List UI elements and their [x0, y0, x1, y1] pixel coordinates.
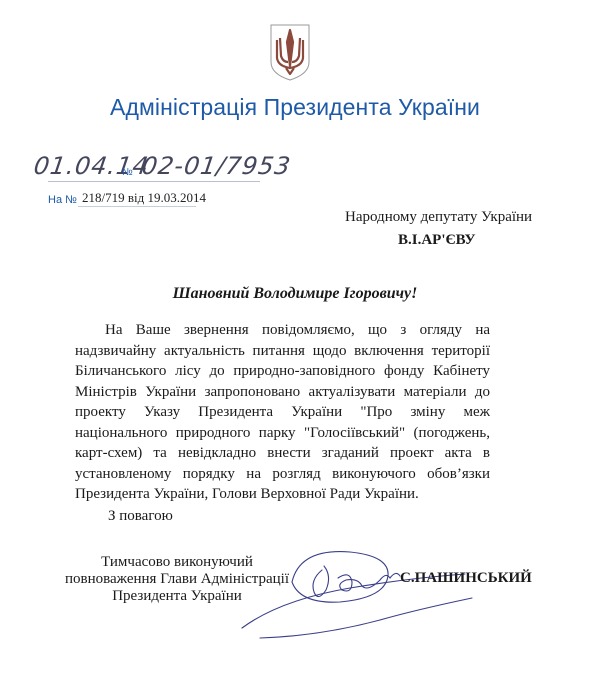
letterhead-title: Адміністрація Президента України — [0, 94, 590, 121]
trident-coat-of-arms-icon — [268, 22, 312, 82]
closing: З повагою — [108, 508, 173, 525]
letter-page: Адміністрація Президента України 01.04.1… — [0, 0, 590, 680]
outgoing-number-label: № — [122, 167, 133, 178]
incoming-ref-label: На № — [48, 194, 77, 206]
recipient-name: В.І.АР'ЄВУ — [398, 232, 475, 249]
signatory-name: С.ПАШИНСЬКИЙ — [400, 570, 532, 587]
incoming-ref-underline — [78, 206, 196, 207]
handwritten-signature-icon — [240, 540, 490, 640]
handwritten-outgoing-number: 02-01/7953 — [140, 152, 293, 180]
salutation: Шановний Володимире Ігоровичу! — [0, 285, 590, 303]
letter-body: На Ваше звернення повідомляємо, що з огл… — [75, 320, 490, 505]
recipient-title: Народному депутату України — [345, 209, 532, 226]
outgoing-number-underline — [48, 181, 260, 182]
incoming-ref-value: 218/719 від 19.03.2014 — [82, 190, 206, 206]
handwritten-outgoing-date: 01.04.14 — [32, 152, 151, 180]
